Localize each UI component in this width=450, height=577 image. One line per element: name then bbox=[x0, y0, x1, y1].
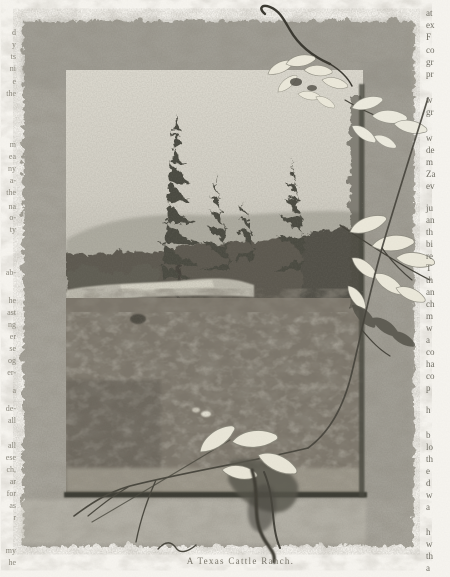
text-fragment: co bbox=[426, 45, 435, 55]
text-fragment: se bbox=[9, 344, 16, 353]
text-fragment: de- bbox=[6, 404, 16, 413]
text-fragment: y bbox=[12, 40, 16, 49]
text-fragment: m bbox=[426, 157, 433, 167]
text-fragment: e bbox=[12, 77, 16, 86]
text-fragment: na bbox=[8, 202, 16, 211]
text-fragment: he bbox=[8, 296, 16, 305]
text-fragment: er- bbox=[7, 368, 16, 377]
text-fragment: a bbox=[426, 502, 430, 512]
text-fragment: d bbox=[426, 478, 431, 488]
text-fragment: ni bbox=[10, 64, 16, 73]
text-fragment: ch, bbox=[6, 465, 16, 474]
text-fragment: re bbox=[426, 251, 433, 261]
text-fragment: ha bbox=[426, 359, 435, 369]
illustration-caption: A Texas Cattle Ranch. bbox=[118, 556, 363, 566]
text-fragment: F bbox=[426, 32, 431, 42]
left-text-column: dytsniethemeanya-thenao-tyab-heastngerse… bbox=[0, 0, 18, 577]
text-fragment: h bbox=[426, 405, 431, 415]
text-fragment: ch bbox=[426, 299, 435, 309]
text-fragment: co bbox=[426, 347, 435, 357]
text-fragment: w bbox=[426, 133, 433, 143]
text-fragment: ty bbox=[10, 225, 16, 234]
text-fragment: m bbox=[10, 140, 16, 149]
text-fragment: bi bbox=[426, 239, 433, 249]
text-fragment: for bbox=[7, 489, 16, 498]
text-fragment: r bbox=[13, 513, 16, 522]
text-fragment: h bbox=[426, 527, 431, 537]
text-fragment: th bbox=[426, 227, 433, 237]
text-fragment: Za bbox=[426, 169, 436, 179]
text-fragment: th bbox=[426, 275, 433, 285]
text-fragment: p bbox=[426, 383, 431, 393]
text-fragment: e bbox=[426, 466, 430, 476]
text-fragment: T bbox=[426, 263, 432, 273]
text-fragment: w bbox=[426, 95, 433, 105]
text-fragment: ng bbox=[8, 320, 16, 329]
text-fragment: at bbox=[426, 8, 433, 18]
text-fragment: ar bbox=[10, 477, 16, 486]
text-fragment: a bbox=[12, 386, 16, 395]
text-fragment: lo bbox=[426, 442, 433, 452]
text-fragment: w bbox=[426, 323, 433, 333]
text-fragment: pr bbox=[426, 69, 434, 79]
text-fragment: co bbox=[426, 371, 435, 381]
text-fragment: ny bbox=[8, 164, 16, 173]
text-fragment: a bbox=[426, 563, 430, 573]
text-fragment: a bbox=[426, 335, 430, 345]
text-fragment: he bbox=[8, 558, 16, 567]
text-fragment: gr bbox=[426, 57, 434, 67]
text-fragment: ea bbox=[9, 152, 16, 161]
text-fragment: as bbox=[9, 501, 16, 510]
text-fragment: er bbox=[10, 332, 16, 341]
text-fragment: ts bbox=[11, 52, 16, 61]
text-fragment: o- bbox=[9, 213, 16, 222]
text-fragment: all bbox=[8, 416, 16, 425]
scanned-page: dytsniethemeanya-thenao-tyab-heastngerse… bbox=[0, 0, 450, 577]
text-fragment: a- bbox=[10, 176, 16, 185]
text-fragment: w bbox=[426, 539, 433, 549]
text-fragment: w bbox=[426, 490, 433, 500]
text-fragment: m bbox=[426, 311, 433, 321]
text-fragment: ju bbox=[426, 203, 433, 213]
text-fragment: all bbox=[8, 441, 16, 450]
text-fragment: og bbox=[8, 356, 16, 365]
engraving-plate bbox=[0, 0, 450, 577]
text-fragment: the bbox=[6, 188, 16, 197]
text-fragment: an bbox=[426, 287, 435, 297]
text-fragment: gr bbox=[426, 107, 434, 117]
text-fragment: ev bbox=[426, 181, 435, 191]
text-fragment: de bbox=[426, 145, 435, 155]
right-text-column: atexFcogrprwgrwdemZaevjuanthbireTthanchm… bbox=[426, 0, 450, 577]
text-fragment: th bbox=[426, 551, 433, 561]
text-fragment: th bbox=[426, 454, 433, 464]
text-fragment: an bbox=[426, 215, 435, 225]
text-fragment: ex bbox=[426, 20, 435, 30]
text-fragment: ese bbox=[6, 453, 16, 462]
text-fragment: my bbox=[6, 546, 16, 555]
text-fragment: ast bbox=[7, 308, 16, 317]
text-fragment: b bbox=[426, 430, 431, 440]
paper-grain-overlay bbox=[0, 0, 450, 577]
text-fragment: the bbox=[6, 89, 16, 98]
text-fragment: d bbox=[12, 28, 16, 37]
text-fragment: ab- bbox=[6, 268, 16, 277]
